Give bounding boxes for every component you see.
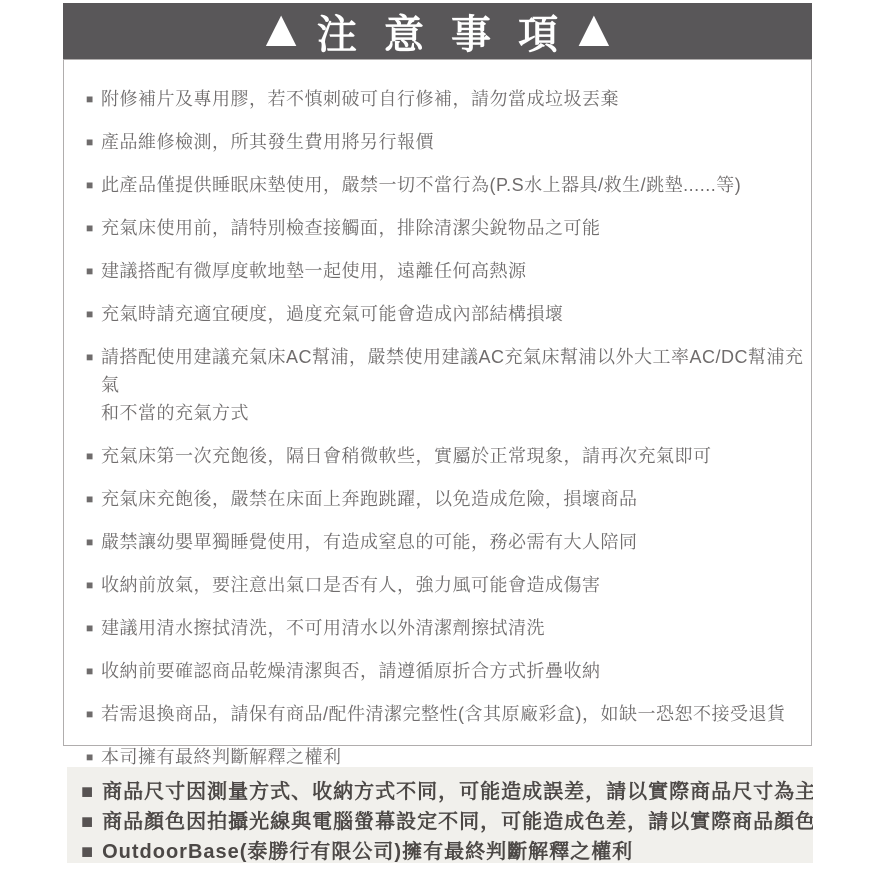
notice-item: ■ 嚴禁讓幼嬰單獨睡覺使用，有造成窒息的可能，務必需有大人陪同 [86, 528, 811, 556]
bullet-square-icon: ■ [81, 837, 94, 867]
notice-item: ■ 若需退換商品，請保有商品/配件清潔完整性(含其原廠彩盒)，如缺一恐恕不接受退… [86, 700, 811, 728]
notice-item: ■ 充氣時請充適宜硬度，過度充氣可能會造成內部結構損壞 [86, 300, 811, 328]
notice-item-text: 收納前放氣，要注意出氣口是否有人，強力風可能會造成傷害 [101, 571, 811, 599]
notice-item-text: 嚴禁讓幼嬰單獨睡覺使用，有造成窒息的可能，務必需有大人陪同 [101, 528, 811, 556]
footer-line-text: OutdoorBase(泰勝行有限公司)擁有最終判斷解釋之權利 [102, 837, 633, 867]
bullet-square-icon: ■ [86, 171, 101, 199]
bullet-square-icon: ■ [86, 657, 101, 685]
notice-item-text: 充氣床第一次充飽後，隔日會稍微軟些，實屬於正常現象，請再次充氣即可 [101, 442, 811, 470]
notice-item-text: 充氣床使用前，請特別檢查接觸面，排除清潔尖銳物品之可能 [101, 214, 811, 242]
footer-line-text: 商品尺寸因測量方式、收納方式不同，可能造成誤差，請以實際商品尺寸為主 [102, 777, 813, 807]
notice-item-text: 充氣時請充適宜硬度，過度充氣可能會造成內部結構損壞 [101, 300, 811, 328]
bullet-square-icon: ■ [86, 528, 101, 556]
warning-triangle-left-icon: ▲ [255, 3, 306, 55]
page-title: 注 意 事 項 [317, 3, 566, 60]
notice-item-text: 建議搭配有微厚度軟地墊一起使用，遠離任何高熱源 [101, 257, 811, 285]
footer-line: ■ 商品尺寸因測量方式、收納方式不同，可能造成誤差，請以實際商品尺寸為主 [81, 777, 813, 807]
notice-item: ■ 充氣床第一次充飽後，隔日會稍微軟些，實屬於正常現象，請再次充氣即可 [86, 442, 811, 470]
notice-box: ■ 附修補片及專用膠，若不慎刺破可自行修補，請勿當成垃圾丟棄 ■ 產品維修檢測，… [63, 59, 812, 746]
notice-page: ▲ 注 意 事 項 ▲ ■ 附修補片及專用膠，若不慎刺破可自行修補，請勿當成垃圾… [0, 0, 875, 875]
notice-item-text: 附修補片及專用膠，若不慎刺破可自行修補，請勿當成垃圾丟棄 [101, 85, 811, 113]
bullet-square-icon: ■ [86, 214, 101, 242]
notice-item: ■ 充氣床使用前，請特別檢查接觸面，排除清潔尖銳物品之可能 [86, 214, 811, 242]
header-bar: ▲ 注 意 事 項 ▲ [63, 3, 812, 59]
notice-item: ■ 請搭配使用建議充氣床AC幫浦，嚴禁使用建議AC充氣床幫浦以外大工率AC/DC… [86, 343, 811, 427]
notice-item-text: 此產品僅提供睡眠床墊使用，嚴禁一切不當行為(P.S水上器具/救生/跳墊.....… [101, 171, 811, 199]
bullet-square-icon: ■ [86, 571, 101, 599]
notice-item: ■ 建議搭配有微厚度軟地墊一起使用，遠離任何高熱源 [86, 257, 811, 285]
notice-item-text: 若需退換商品，請保有商品/配件清潔完整性(含其原廠彩盒)，如缺一恐恕不接受退貨 [101, 700, 811, 728]
notice-item-text: 充氣床充飽後，嚴禁在床面上奔跑跳躍，以免造成危險，損壞商品 [101, 485, 811, 513]
notice-item: ■ 此產品僅提供睡眠床墊使用，嚴禁一切不當行為(P.S水上器具/救生/跳墊...… [86, 171, 811, 199]
bullet-square-icon: ■ [86, 700, 101, 728]
notice-item-text: 產品維修檢測，所其發生費用將另行報價 [101, 128, 811, 156]
bullet-square-icon: ■ [86, 85, 101, 113]
warning-triangle-right-icon: ▲ [568, 3, 619, 55]
bullet-square-icon: ■ [86, 300, 101, 328]
notice-item: ■ 收納前要確認商品乾燥清潔與否，請遵循原折合方式折疊收納 [86, 657, 811, 685]
bullet-square-icon: ■ [81, 807, 94, 837]
footer-line: ■ OutdoorBase(泰勝行有限公司)擁有最終判斷解釋之權利 [81, 837, 813, 867]
notice-item: ■ 充氣床充飽後，嚴禁在床面上奔跑跳躍，以免造成危險，損壞商品 [86, 485, 811, 513]
bullet-square-icon: ■ [81, 777, 94, 807]
bullet-square-icon: ■ [86, 442, 101, 470]
notice-item: ■ 建議用清水擦拭清洗，不可用清水以外清潔劑擦拭清洗 [86, 614, 811, 642]
notice-item-text: 請搭配使用建議充氣床AC幫浦，嚴禁使用建議AC充氣床幫浦以外大工率AC/DC幫浦… [101, 343, 811, 427]
bullet-square-icon: ■ [86, 343, 101, 371]
bullet-square-icon: ■ [86, 614, 101, 642]
notice-item: ■ 收納前放氣，要注意出氣口是否有人，強力風可能會造成傷害 [86, 571, 811, 599]
bullet-square-icon: ■ [86, 257, 101, 285]
notice-item: ■ 附修補片及專用膠，若不慎刺破可自行修補，請勿當成垃圾丟棄 [86, 85, 811, 113]
notice-item-text: 收納前要確認商品乾燥清潔與否，請遵循原折合方式折疊收納 [101, 657, 811, 685]
footer-line: ■ 商品顏色因拍攝光線與電腦螢幕設定不同，可能造成色差，請以實際商品顏色為主 [81, 807, 813, 837]
bullet-square-icon: ■ [86, 485, 101, 513]
notice-item: ■ 產品維修檢測，所其發生費用將另行報價 [86, 128, 811, 156]
notice-item-text: 建議用清水擦拭清洗，不可用清水以外清潔劑擦拭清洗 [101, 614, 811, 642]
bullet-square-icon: ■ [86, 128, 101, 156]
footer-line-text: 商品顏色因拍攝光線與電腦螢幕設定不同，可能造成色差，請以實際商品顏色為主 [102, 807, 813, 837]
footer-panel: ■ 商品尺寸因測量方式、收納方式不同，可能造成誤差，請以實際商品尺寸為主 ■ 商… [67, 767, 813, 863]
